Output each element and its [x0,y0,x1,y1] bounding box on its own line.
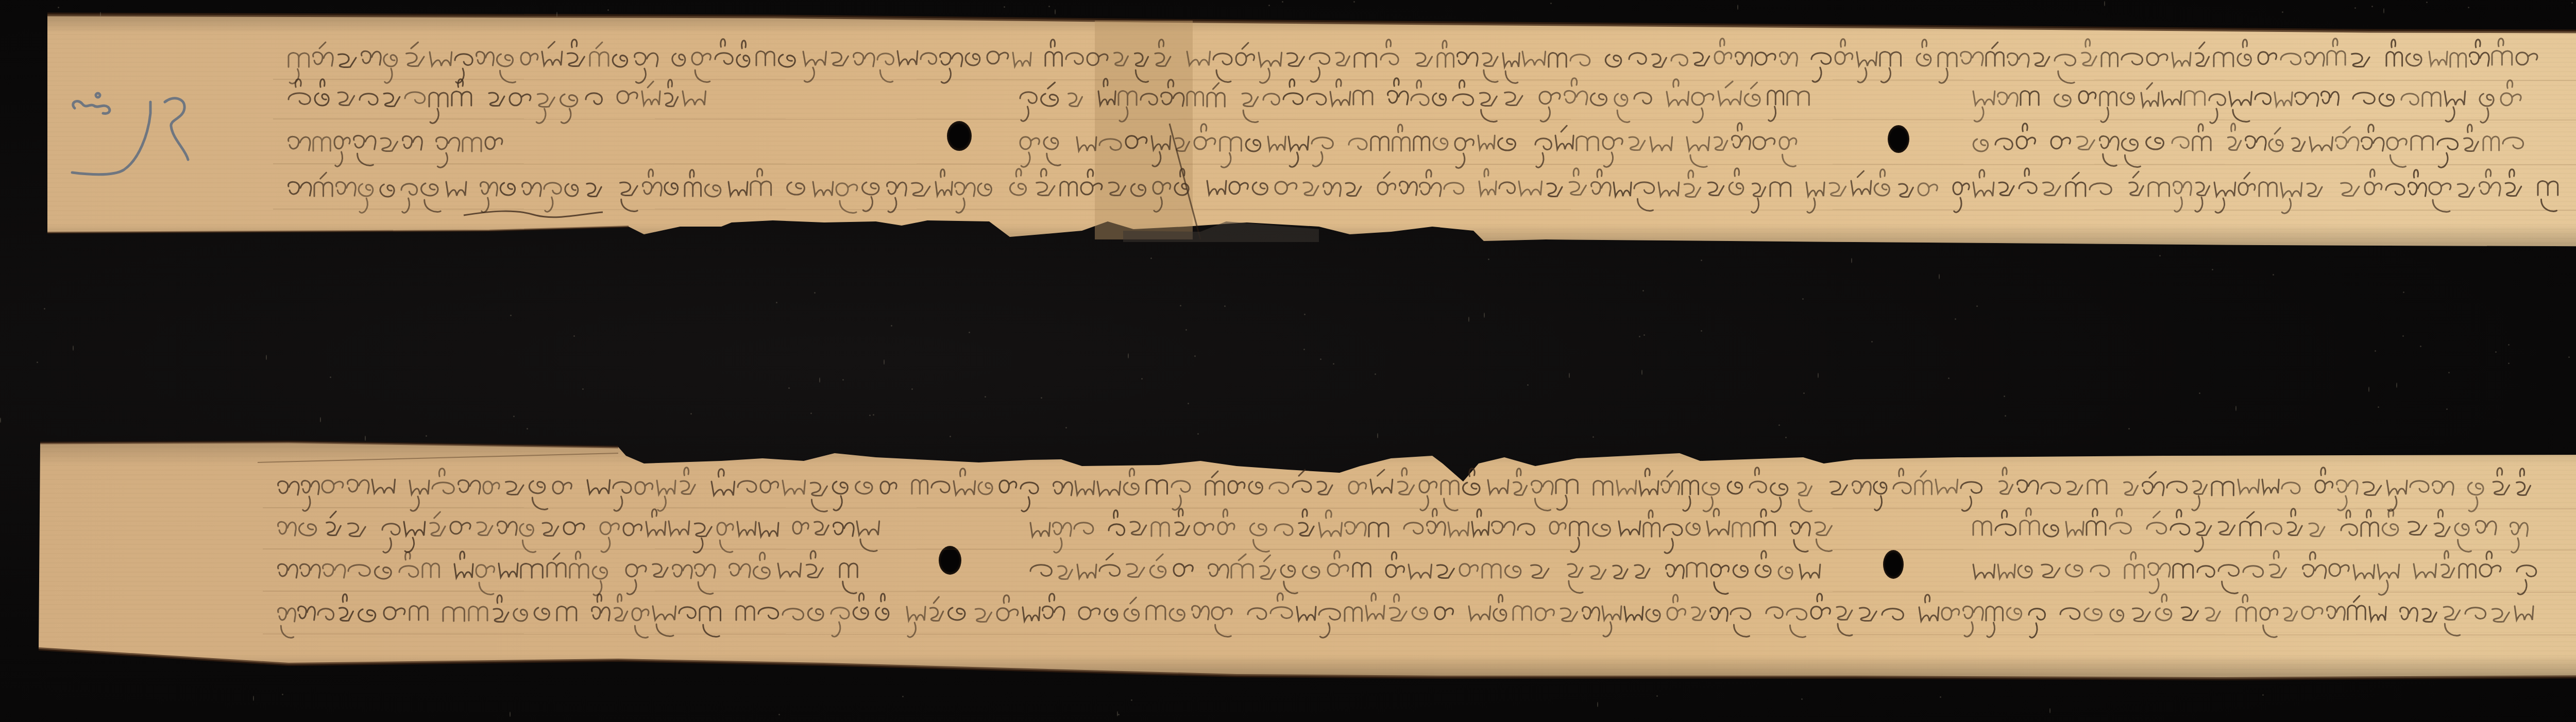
script-glyph [529,481,547,509]
dust-speck [2262,694,2264,696]
script-glyph [1682,480,1699,511]
dust-speck [0,418,1,423]
script-glyph [1124,597,1139,621]
script-glyph [2387,480,2407,511]
script-glyph [2042,564,2060,578]
script-glyph [1369,523,1388,537]
dust-speck [1785,437,1787,438]
script-glyph [1053,522,1072,553]
script-glyph [1815,522,1832,551]
dust-speck [1851,258,1852,263]
script-glyph [815,522,829,535]
script-glyph [753,553,770,579]
script-glyph [299,523,316,536]
script-glyph [1146,480,1167,494]
dust-speck [1569,373,1570,378]
dust-speck [2282,11,2283,13]
script-glyph [278,608,296,638]
script-glyph [2124,482,2138,495]
script-glyph [1124,469,1139,495]
script-glyph [2260,608,2278,638]
script-glyph [2434,510,2450,537]
dust-speck [1333,363,1334,365]
dust-speck [1701,330,1702,332]
script-glyph [2243,566,2263,577]
script-glyph [1570,522,1588,553]
script-glyph [1281,565,1297,593]
dust-speck [2375,350,2376,352]
script-glyph [1472,509,1489,536]
script-glyph [2441,551,2454,578]
script-glyph [653,606,676,636]
script-glyph [1130,522,1146,535]
script-glyph [506,482,524,495]
script-glyph [840,563,857,594]
dust-speck [2426,2,2428,3]
ruling-line [263,508,2576,509]
script-glyph [1830,482,1847,495]
script-glyph [2133,608,2150,622]
script-glyph [359,609,376,622]
script-glyph [322,480,343,493]
script-glyph [1532,480,1553,510]
script-glyph [1973,521,1991,535]
script-glyph [1999,468,2013,494]
script-glyph [1915,471,1931,494]
script-glyph [999,480,1016,493]
script-glyph [2400,607,2418,621]
script-glyph [432,469,454,494]
script-glyph [1973,564,1995,578]
script-glyph [2018,565,2032,578]
script-glyph [695,564,716,594]
script-glyph [2459,564,2476,578]
dust-speck [527,428,528,429]
script-glyph [2517,565,2536,595]
dust-speck [513,416,515,417]
palm-leaf-manuscript-bottom: ᬫᬶᬓᬢᬸ ᬤᬾᬯᬶᬓᬶᬦ ᬓᬭᬶᬦᬂ ᬤᬾᬤᬾᬯᬯᬬᬸ ᬢᬸᬦᬶᬦᬳ ᬓᬾᬦᬶ… [0,0,2576,722]
script-glyph [1386,552,1404,577]
script-glyph [1099,554,1120,576]
script-glyph [1961,482,1982,511]
script-glyph [1302,566,1319,578]
script-glyph [2329,564,2349,576]
dust-speck [2508,344,2510,346]
script-glyph [1319,510,1342,537]
script-glyph [1151,522,1169,536]
dust-speck [2378,406,2379,408]
script-glyph [1613,565,1628,579]
dust-speck [1955,318,1956,320]
script-glyph [1494,595,1506,621]
script-glyph [635,482,653,494]
script-glyph [930,597,943,621]
script-glyph [483,482,499,494]
script-glyph [1727,482,1742,494]
script-glyph [2315,468,2333,493]
script-glyph [2303,552,2326,578]
script-glyph [1492,521,1515,535]
script-glyph [2284,608,2297,621]
script-glyph [1174,564,1193,576]
script-glyph [1513,606,1531,620]
script-glyph [758,608,778,619]
script-glyph [404,522,425,552]
script-glyph [521,564,543,578]
script-glyph [1662,471,1680,494]
dust-speck [911,388,913,390]
script-glyph [2238,479,2259,493]
script-glyph [1192,606,1209,620]
script-glyph [469,607,487,621]
dust-speck [2273,274,2274,276]
script-glyph [1075,481,1094,495]
script-glyph [1404,523,1423,534]
dust-speck [1940,696,1941,698]
dust-speck [2568,356,2570,358]
script-glyph [1353,563,1370,577]
script-glyph [1469,606,1490,620]
dust-speck [73,346,74,351]
dust-speck [776,302,777,303]
script-glyph [1127,564,1145,577]
script-glyph [1936,479,1958,493]
script-glyph [1893,469,1911,494]
dust-speck [969,332,970,333]
dust-speck [1150,257,1152,259]
script-glyph [520,524,536,552]
script-glyph [1172,481,1190,510]
dust-speck [2199,392,2200,394]
script-glyph [410,480,429,511]
script-glyph [793,522,808,534]
script-glyph [384,607,405,620]
dust-speck [2004,396,2005,397]
script-glyph [808,608,823,621]
script-glyph [693,523,711,553]
script-glyph [348,565,370,576]
script-glyph [2195,522,2211,552]
dust-speck [1185,329,1187,331]
script-glyph [736,606,754,620]
script-glyph [1437,565,1454,578]
dust-speck [891,325,892,326]
dust-speck [842,379,844,381]
dust-speck [950,436,951,437]
dust-speck [1131,699,1132,701]
dust-speck [1737,5,1738,10]
script-glyph [1412,607,1427,620]
script-glyph [2091,565,2109,577]
script-glyph [2171,510,2190,535]
dust-speck [266,355,267,360]
script-glyph [1800,564,1820,578]
script-glyph [954,469,975,495]
script-glyph [1175,509,1190,536]
script-glyph [1054,482,1073,495]
script-glyph [2240,512,2261,536]
script-glyph [2511,522,2528,553]
script-glyph [1859,608,1876,621]
script-glyph [1250,523,1269,552]
dust-speck [573,335,575,337]
dust-speck [365,436,366,441]
script-glyph [1942,608,1959,620]
script-glyph [810,483,827,511]
script-glyph [2236,595,2256,621]
script-glyph [2517,469,2531,495]
script-glyph [1297,607,1316,621]
dust-speck [100,12,101,17]
script-glyph [2287,509,2302,536]
script-glyph [912,480,928,494]
dust-speck [426,435,427,437]
script-glyph [1919,595,1939,621]
script-glyph [1299,509,1314,536]
script-glyph [1218,509,1234,535]
script-glyph [1079,607,1100,620]
script-glyph [1249,482,1263,494]
dust-speck [58,7,59,8]
script-glyph [1269,483,1289,494]
script-glyph [514,609,528,621]
dust-speck [2396,383,2397,388]
script-glyph [1514,469,1527,495]
dust-speck [2371,6,2373,7]
script-glyph [399,552,418,577]
script-glyph [1561,608,1577,622]
script-glyph [1710,607,1728,621]
dust-speck [1550,3,1552,4]
dust-speck [1141,378,1143,380]
script-glyph [1986,607,2003,638]
dust-speck [44,308,45,310]
dust-speck [1484,313,1485,318]
script-glyph [2125,552,2144,578]
script-glyph [557,607,577,621]
script-glyph [1097,482,1121,495]
script-glyph [1448,522,1469,536]
script-glyph [2167,482,2187,493]
script-glyph [1275,524,1293,536]
script-glyph [1058,566,1073,579]
script-glyph [318,609,334,620]
script-glyph [2148,563,2170,593]
script-glyph [327,511,341,535]
script-glyph [1798,483,1812,511]
script-glyph [1531,565,1549,578]
script-glyph [450,522,470,534]
script-glyph [614,594,628,621]
script-glyph [278,564,298,578]
script-glyph [700,607,721,637]
dust-speck [2495,351,2497,353]
script-glyph [1702,483,1719,511]
script-glyph [657,480,675,511]
dust-speck [2403,291,2404,293]
script-glyph [2218,565,2239,594]
script-glyph [1409,564,1432,578]
script-glyph [2493,468,2510,495]
dust-speck [1592,436,1594,438]
script-glyph [1150,554,1166,578]
dust-speck [1320,358,1321,360]
script-glyph [623,523,642,536]
script-glyph [2455,523,2471,552]
dust-speck [1128,353,1129,358]
script-glyph [2156,594,2172,621]
dust-speck [1048,6,1050,7]
script-glyph [2422,609,2437,622]
script-glyph [2382,509,2398,536]
dust-speck [2159,255,2161,256]
script-glyph [2465,608,2486,619]
dust-speck [1188,403,1189,404]
script-glyph [1646,609,1660,622]
script-glyph [1666,564,1684,578]
dust-speck [2446,408,2448,410]
script-glyph [1389,594,1406,621]
script-glyph [730,563,751,577]
dust-speck [2383,8,2384,13]
dust-speck [985,396,986,398]
script-glyph [1194,523,1213,535]
script-glyph [1505,565,1521,578]
script-glyph [783,480,805,494]
dust-speck [1468,317,1469,322]
script-glyph [1556,479,1578,510]
script-glyph [2084,608,2102,621]
script-glyph [1733,565,1748,577]
script-glyph [2029,609,2045,638]
script-glyph [1370,470,1393,493]
dust-speck [2402,335,2404,337]
dust-speck [1802,298,1804,300]
script-glyph [1419,480,1437,511]
script-glyph [1787,609,1807,638]
script-glyph [1594,481,1613,495]
script-glyph [2337,480,2358,510]
dust-speck [1118,714,1120,715]
script-glyph [1349,482,1366,494]
script-glyph [348,523,366,537]
script-glyph [1021,483,1038,512]
script-glyph [1074,523,1093,534]
dust-speck [1642,290,1644,291]
dust-speck [1939,274,1940,279]
dust-speck [1224,305,1226,307]
script-glyph [738,481,756,492]
script-glyph [543,523,558,536]
dust-speck [2368,387,2369,392]
script-glyph [477,522,493,536]
script-glyph [711,469,735,495]
dust-speck [1701,260,1702,261]
script-glyph [372,479,395,493]
script-glyph [348,479,369,493]
script-glyph [1293,470,1311,492]
script-glyph [1317,482,1332,495]
script-glyph [1692,607,1706,621]
dust-speck [1597,702,1598,707]
dust-speck [1871,341,1873,342]
script-glyph [681,468,696,494]
script-glyph [2143,472,2164,495]
script-glyph [1206,471,1224,495]
script-glyph [1582,607,1599,621]
script-glyph [2414,564,2436,578]
script-glyph [2066,522,2083,536]
script-glyph [2007,608,2022,620]
script-glyph [673,564,692,578]
script-glyph [2206,608,2221,621]
dust-speck [2571,2,2573,4]
script-glyph [1345,607,1362,621]
script-glyph [626,564,646,595]
script-glyph [1260,555,1276,579]
script-glyph [587,480,610,494]
leaf-bottom-script-lines [0,0,2576,722]
script-glyph [978,482,992,494]
script-glyph [783,609,804,620]
dust-speck [1194,355,1196,357]
dust-speck [1377,433,1378,438]
script-glyph [1043,594,1064,620]
ruling-line [263,634,2576,635]
script-glyph [1366,593,1384,620]
script-glyph [1270,593,1292,618]
script-glyph [2173,564,2193,578]
script-glyph [2302,607,2323,619]
script-glyph [2066,482,2082,495]
dust-speck [1268,5,1270,6]
script-glyph [2409,522,2427,535]
script-glyph [422,563,439,577]
script-glyph [1077,564,1096,578]
dust-speck [2508,363,2510,364]
script-glyph [1593,524,1611,536]
script-glyph [2041,483,2060,494]
script-glyph [375,566,391,579]
dust-speck [1375,373,1376,375]
script-glyph [1146,606,1165,620]
script-glyph [278,522,296,536]
script-glyph [2265,523,2282,535]
script-glyph [778,563,801,577]
script-glyph [547,553,566,577]
script-glyph [975,609,992,622]
dust-speck [510,315,512,316]
script-glyph [1667,595,1686,620]
script-glyph [1643,510,1660,537]
script-glyph [1750,468,1766,493]
script-glyph [1460,564,1478,576]
script-glyph [2218,522,2235,535]
dust-speck [1801,698,1803,700]
dust-speck [1197,433,1199,435]
script-glyph [760,480,778,493]
dust-speck [510,712,511,717]
script-glyph [2353,565,2375,579]
script-glyph [1755,551,1771,577]
script-glyph [2181,607,2198,621]
script-glyph [570,552,588,578]
script-glyph [997,595,1018,621]
script-glyph [1882,609,1903,620]
script-glyph [2043,524,2058,537]
script-glyph [1731,608,1751,637]
script-glyph [1619,521,1640,535]
